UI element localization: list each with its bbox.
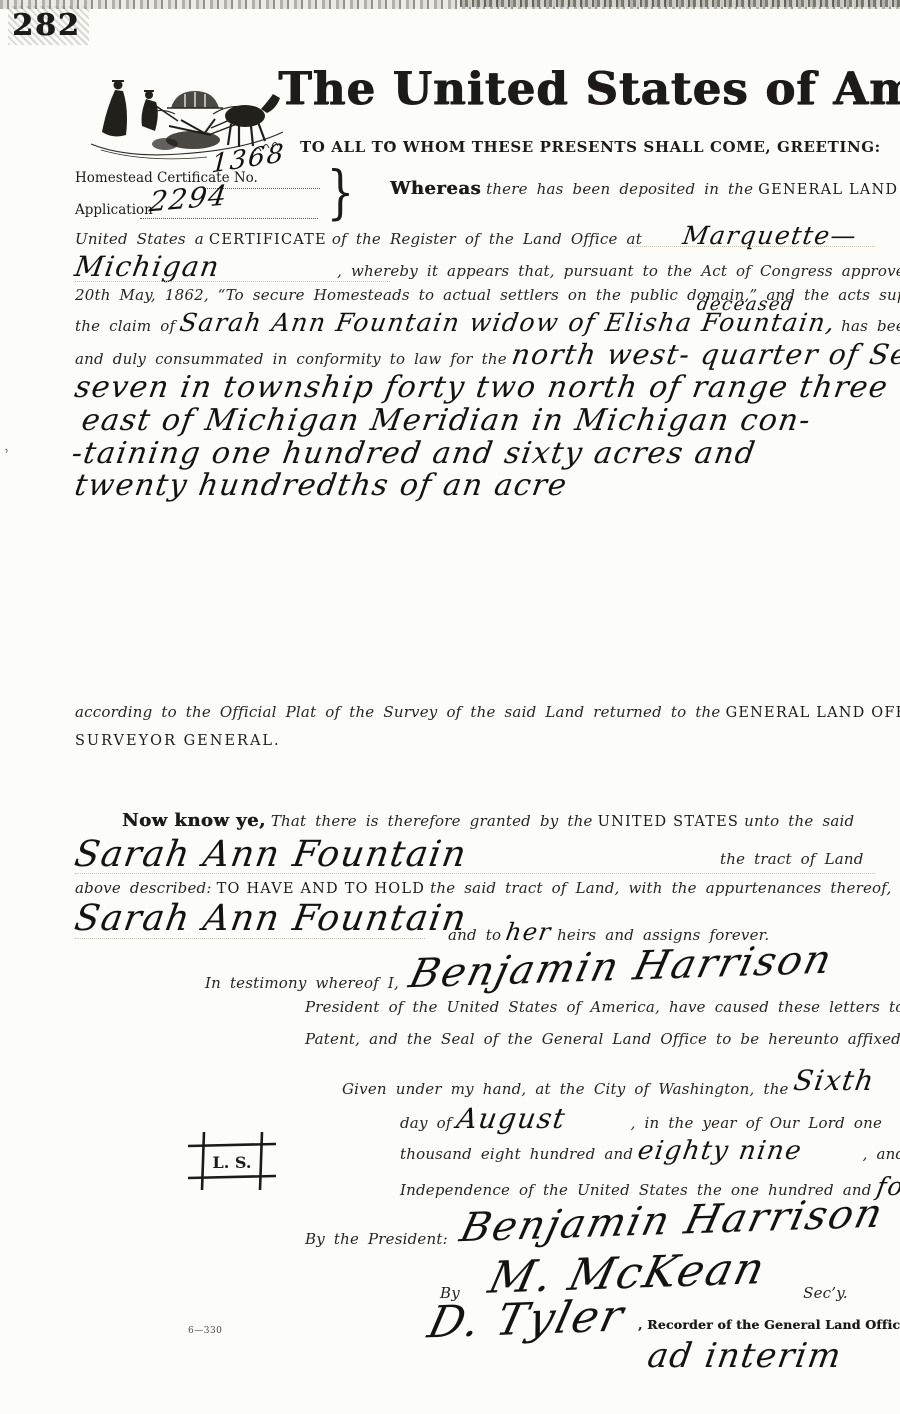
- year-line: thousand eight hundred and eighty nine ,…: [400, 1136, 900, 1166]
- dotted-blank-faint: [75, 281, 390, 282]
- land-description-handwritten-5: twenty hundredths of an acre: [72, 468, 570, 503]
- month-handwritten: August: [454, 1102, 568, 1135]
- to-have-and-to-hold-caps: TO HAVE AND TO HOLD: [217, 881, 425, 897]
- president-clause-line: President of the United States of Americ…: [305, 998, 900, 1016]
- by-the-president-label: By the President:: [305, 1230, 448, 1248]
- established-clause: has been established: [841, 317, 900, 335]
- certificate-caps: CERTIFICATE: [209, 232, 327, 248]
- ls-seal-icon: L. S.: [186, 1130, 278, 1192]
- dotted-blank-faint: [75, 938, 425, 939]
- day-written-handwritten: Sixth: [791, 1064, 877, 1097]
- general-land-office-caps-2: GENERAL LAND OFFICE: [726, 705, 900, 721]
- above-described: above described:: [75, 879, 212, 897]
- habendum-clause: the said tract of Land, with the appurte…: [430, 879, 900, 897]
- day-of-line: day of August , in the year of Our Lord …: [400, 1102, 882, 1135]
- and-of-the: , and of the: [863, 1145, 900, 1163]
- recorder-signature-handwritten: D. Tyler: [423, 1291, 630, 1349]
- according-clause: according to the Official Plat of the Su…: [75, 703, 721, 721]
- whereas-deposited: there has been deposited in the: [486, 180, 753, 198]
- unto-the-said: unto the said: [744, 812, 854, 830]
- land-patent-document: 282 The: [0, 0, 900, 1414]
- her-handwritten: her: [504, 918, 554, 946]
- register-clause: of the Register of the Land Office at: [332, 230, 642, 248]
- whereas-opening: Whereas: [390, 178, 481, 199]
- consummated-line: and duly consummated in conformity to la…: [75, 338, 900, 371]
- grantee-name-handwritten-2: Sarah Ann Fountain: [72, 898, 470, 939]
- and-to: and to: [448, 926, 501, 944]
- state-handwritten: Michigan: [72, 250, 222, 283]
- ls-seal-text: L. S.: [213, 1153, 252, 1172]
- testimony-line: In testimony whereof I, Benjamin Harriso…: [205, 952, 831, 998]
- application-label: Application: [75, 202, 153, 218]
- application-number: 2294: [150, 182, 227, 215]
- by-president-line: By the President: Benjamin Harrison: [305, 1208, 881, 1254]
- secretary-title: Sec’y.: [803, 1284, 848, 1302]
- dotted-blank-faint: [75, 873, 875, 874]
- land-description-handwritten-4: -taining one hundred and sixty acres and: [69, 436, 758, 471]
- tract-of-land: the tract of Land: [720, 850, 864, 868]
- general-land-office-caps: GENERAL LAND OFFICE: [758, 182, 900, 198]
- year-written-handwritten: eighty nine: [636, 1136, 805, 1166]
- united-states-caps: UNITED STATES: [598, 814, 739, 830]
- claim-of: the claim of: [75, 317, 175, 335]
- granted-clause: That there is therefore granted by the: [271, 812, 593, 830]
- patent-clause-line: Patent, and the Seal of the General Land…: [305, 1030, 900, 1048]
- habendum-line: above described: TO HAVE AND TO HOLD the…: [75, 878, 900, 897]
- claim-line: the claim of Sarah Ann Fountain widow of…: [75, 308, 900, 337]
- deceased-insert-handwritten: deceased: [695, 294, 795, 315]
- now-know-ye-opening: Now know ye,: [122, 810, 266, 831]
- homestead-certificate-number: 1368: [212, 144, 284, 174]
- land-description-handwritten-2: seven in township forty two north of ran…: [72, 370, 891, 405]
- form-number: 6—330: [188, 1326, 222, 1336]
- surveyor-general-line: SURVEYOR GENERAL.: [75, 733, 281, 749]
- application-number-value: 2294: [147, 179, 230, 219]
- land-description-handwritten-1: north west- quarter of Section: [509, 338, 900, 371]
- whereas-line-3: Michigan , whereby it appears that, purs…: [75, 250, 900, 283]
- stray-ink-mark: ʾ: [2, 446, 12, 464]
- ls-seal: L. S.: [186, 1130, 278, 1196]
- land-description-handwritten-3: east of Michigan Meridian in Michigan co…: [79, 403, 814, 438]
- in-testimony-clause: In testimony whereof I,: [205, 974, 399, 992]
- consummated-clause: and duly consummated in conformity to la…: [75, 350, 507, 368]
- day-of: day of: [400, 1114, 452, 1132]
- plat-line: according to the Official Plat of the Su…: [75, 702, 900, 721]
- document-title: The United States of America,: [278, 62, 892, 115]
- now-know-ye-line: Now know ye, That there is therefore gra…: [122, 810, 854, 831]
- united-states-a: United States a: [75, 230, 204, 248]
- homestead-certificate-number-value: 1368: [210, 139, 285, 180]
- given-clause: Given under my hand, at the City of Wash…: [342, 1080, 789, 1098]
- dotted-blank: [140, 218, 318, 219]
- scan-noise-band-dark: [460, 0, 900, 7]
- ink-speck: [389, 141, 392, 144]
- dotted-blank-faint: [630, 246, 875, 247]
- ad-interim-handwritten: ad interim: [645, 1336, 845, 1376]
- whereas-line-1: Whereas there has been deposited in the …: [390, 178, 900, 199]
- grantee-name-handwritten-1: Sarah Ann Fountain: [72, 834, 470, 875]
- pursuant-clause: , whereby it appears that, pursuant to t…: [337, 262, 900, 280]
- recorder-title: , Recorder of the General Land Office.: [638, 1317, 900, 1332]
- given-line: Given under my hand, at the City of Wash…: [342, 1068, 874, 1101]
- thousand-clause: thousand eight hundred and: [400, 1145, 633, 1163]
- year-clause: , in the year of Our Lord one: [631, 1114, 882, 1132]
- page-number: 282: [8, 6, 89, 45]
- salutation-line: TO ALL TO WHOM THESE PRESENTS SHALL COME…: [300, 138, 872, 156]
- certificate-brace: }: [327, 158, 355, 226]
